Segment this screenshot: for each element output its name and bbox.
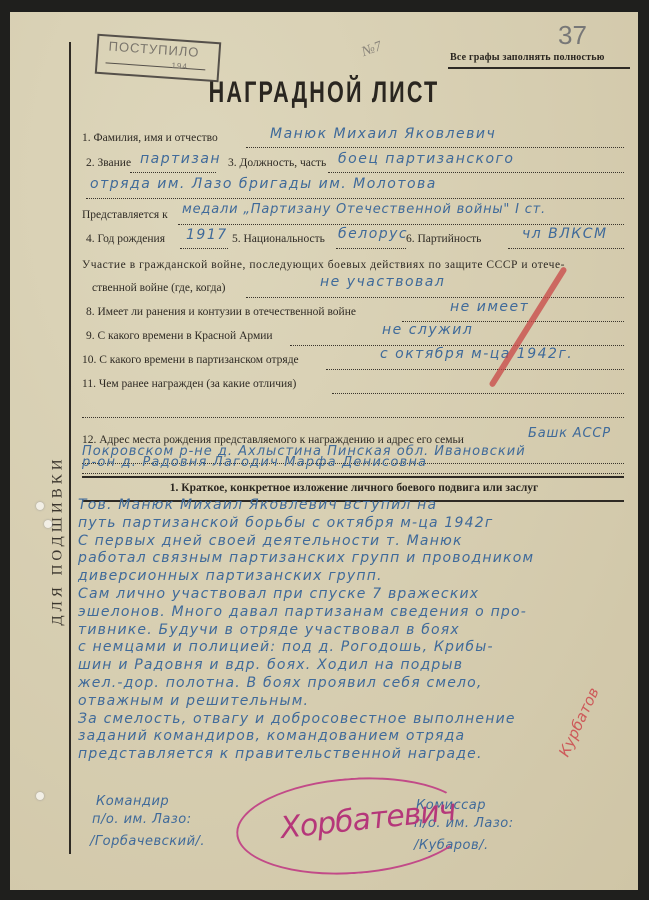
birth-year-value: 1917 <box>186 227 228 243</box>
party-value: чл ВЛКСМ <box>522 226 608 242</box>
wounds-value: не имеет <box>450 299 529 315</box>
prev-awards-line <box>332 393 624 394</box>
narrative-line: отважным и решительным. <box>78 693 638 711</box>
narrative-line: За смелость, отвагу и добросовестное вып… <box>78 711 638 729</box>
party-line <box>508 248 624 249</box>
nominated-label: Представляется к <box>82 209 168 221</box>
red-army-value: не служил <box>382 322 473 338</box>
prev-awards-label: 11. Чем ранее награжден (за какие отличи… <box>82 378 296 390</box>
position-label: 3. Должность, часть <box>228 157 326 169</box>
partisan-since-value: с октября м-ца 1942г. <box>380 346 573 362</box>
nominated-value: медали „Партизану Отечественной войны" I… <box>182 202 546 217</box>
nationality-label: 5. Национальность <box>232 233 325 245</box>
birth-year-line <box>180 248 228 249</box>
section-title: 1. Краткое, конкретное изложение личного… <box>70 482 638 494</box>
civil-war-label-1: Участие в гражданской войне, последующих… <box>82 259 565 271</box>
page-title: НАГРАДНОЙ ЛИСТ <box>98 76 550 110</box>
address-value-1: Башк АССР <box>528 426 611 441</box>
position-value-cont: отряда им. Лазо бригады им. Молотова <box>90 176 437 192</box>
prev-awards-line-2 <box>82 417 624 418</box>
commander-unit: п/о. им. Лазо: <box>92 812 192 827</box>
name-label: 1. Фамилия, имя и отчество <box>82 132 218 144</box>
civil-war-line <box>246 297 624 298</box>
folio-number: 37 <box>558 20 587 51</box>
rank-value: партизан <box>140 151 221 167</box>
party-label: 6. Партийность <box>406 233 481 245</box>
narrative-line: с немцами и полицией: под д. Рогодошь, К… <box>78 639 638 657</box>
narrative-line: Сам лично участвовал при спуске 7 вражес… <box>78 586 638 604</box>
civil-war-value: не участвовал <box>320 274 445 290</box>
narrative-line: заданий командиров, командованием отряда <box>78 728 638 746</box>
partisan-since-label: 10. С какого времени в партизанском отря… <box>82 354 299 366</box>
civil-war-label-2: ственной войне (где, когда) <box>92 282 225 294</box>
nominated-line <box>178 224 624 225</box>
stamp-number: 194 <box>171 61 188 71</box>
punch-hole <box>36 502 44 510</box>
partisan-since-line <box>326 369 624 370</box>
punch-hole <box>44 520 52 528</box>
address-value-3: р-он д. Радовня Лагодич Марфа Денисовна <box>82 455 427 470</box>
rank-line <box>130 172 216 173</box>
position-line-2 <box>86 198 624 199</box>
narrative-line: работал связным партизанских групп и про… <box>78 550 638 568</box>
narrative-line: представляется к правительственной награ… <box>78 746 638 764</box>
binding-margin-line <box>69 42 71 854</box>
birth-year-label: 4. Год рождения <box>86 233 165 245</box>
note-underline <box>448 67 630 69</box>
nationality-value: белорус <box>338 226 408 242</box>
narrative-text: Тов. Манюк Михаил Яковлевич вступил на п… <box>78 497 638 764</box>
narrative-line: С первых дней своей деятельности т. Маню… <box>78 533 638 551</box>
fill-all-fields-note: Все графы заполнять полностью <box>450 52 605 63</box>
pencil-mark: №7 <box>360 39 384 61</box>
name-line <box>246 147 624 148</box>
binding-label: ДЛЯ ПОДШИВКИ <box>50 441 67 641</box>
stamp-line <box>105 62 205 70</box>
punch-hole <box>36 792 44 800</box>
position-value: боец партизанского <box>338 151 514 167</box>
section-divider-top <box>82 476 624 478</box>
rank-label: 2. Звание <box>86 157 131 169</box>
wounds-label: 8. Имеет ли ранения и контузии в отечест… <box>86 306 356 318</box>
narrative-line: жел.-дор. полотна. В боях проявил себя с… <box>78 675 638 693</box>
narrative-line: диверсионных партизанских групп. <box>78 568 638 586</box>
name-value: Манюк Михаил Яковлевич <box>270 126 496 142</box>
commander-name: /Горбачевский/. <box>90 834 205 849</box>
nationality-line <box>336 248 406 249</box>
narrative-line: Тов. Манюк Михаил Яковлевич вступил на <box>78 497 638 515</box>
narrative-line: тивнике. Будучи в отряде участвовал в бо… <box>78 622 638 640</box>
narrative-line: путь партизанской борьбы с октября м-ца … <box>78 515 638 533</box>
commander-title: Командир <box>96 794 169 809</box>
stamp-text: ПОСТУПИЛО <box>108 39 200 60</box>
received-stamp: ПОСТУПИЛО 194 <box>95 34 221 83</box>
red-army-label: 9. С какого времени в Красной Армии <box>86 330 273 342</box>
award-sheet-page: ДЛЯ ПОДШИВКИ ПОСТУПИЛО 194 №7 37 Все гра… <box>10 12 638 890</box>
position-line <box>328 172 624 173</box>
address-line-3 <box>82 473 624 474</box>
narrative-line: шин и Радовня и вдр. боях. Ходил на подр… <box>78 657 638 675</box>
narrative-line: эшелонов. Много давал партизанам сведени… <box>78 604 638 622</box>
